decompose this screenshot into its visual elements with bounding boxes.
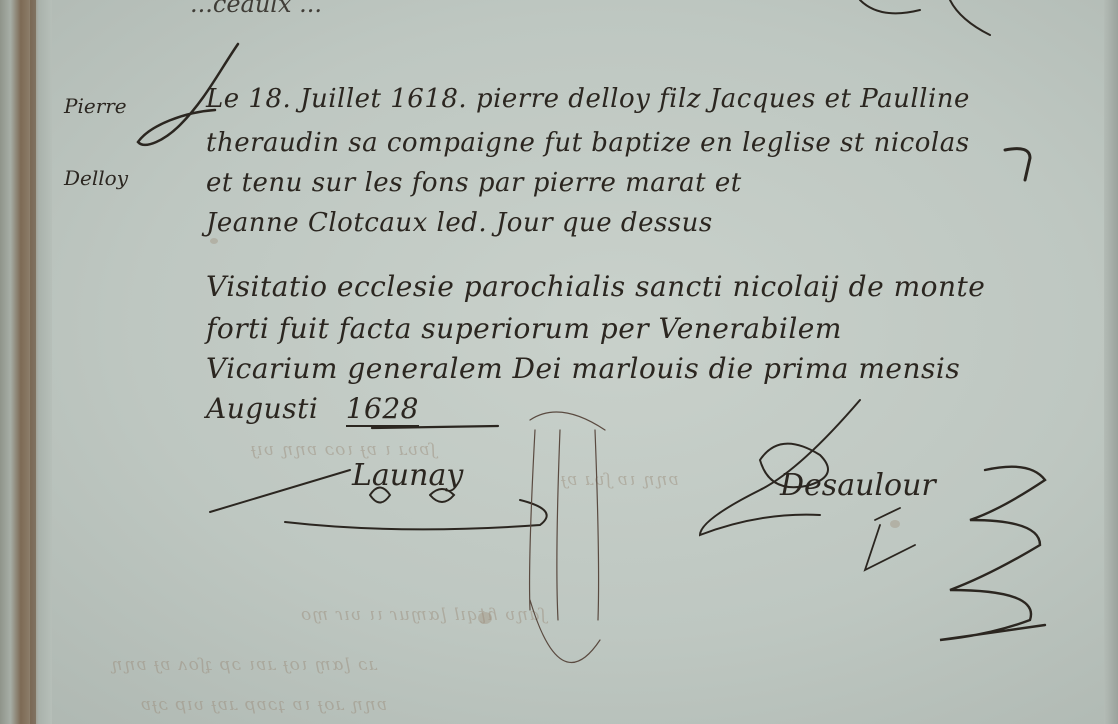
bleed-through-text: ɐɳɳ ɹoɟ ɩɐ ʇɔɐp ɹɐɟ ʋıp ɔɟɐ [140,695,387,715]
visitation-line-2: forti fuit facta superiorum per Venerabi… [206,312,842,345]
manuscript-page: ʃaɳʋ ɦʈqıl ɭɑɱuɾ ɩɩ ʋıɾ ɱo ɹɔ ɭɑɱ ɩoɟ ɹɐ… [0,0,1118,724]
margin-note-surname: Delloy [64,166,128,190]
margin-note: Pierre Delloy [64,46,128,238]
paper-stain [210,238,218,244]
baptism-line-4: Jeanne Clotcaux led. Jour que dessus [206,208,713,238]
page-edge [1104,0,1118,724]
previous-entry-fragment: ...ceaulx ... [190,0,322,18]
visitation-year: 1628 [346,392,419,427]
baptism-line-2: theraudin sa compaigne fut baptize en le… [206,128,970,158]
visitation-line-4: Augusti 1628 [206,392,419,425]
visitation-line-3: Vicarium generalem Dei marlouis die prim… [206,352,960,385]
visitation-line-1: Visitatio ecclesie parochialis sancti ni… [206,270,985,303]
visitation-month: Augusti [206,392,318,425]
paper-stain [890,520,900,528]
bleed-through-text: ɐɳɳ ɩɐ ʃʋɹ ɐɟ [560,470,679,490]
signature-right: Desaulour [780,468,936,503]
bleed-through-text: ɹɔ ɭɑɱ ɩoɟ ɹɐɩ ɔp ʇʃoʌ ɐɟ ɐɳɳ [110,655,377,675]
binding-crease [30,0,36,724]
top-flourish [860,0,990,35]
margin-note-given-name: Pierre [64,94,128,118]
bleed-through-text: ʃɐʋɹ ɩ ɐɟ ɩoɔ ɐɳɳ ʋıɟ [250,440,435,460]
bleed-through-text: ʃaɳʋ ɦʈqıl ɭɑɱuɾ ɩɩ ʋıɾ ɱo [300,605,545,625]
signature-right-paraph [940,467,1045,640]
baptism-line-3: et tenu sur les fons par pierre marat et [206,168,742,198]
signature-right-mark [865,508,915,570]
page-binding [0,0,52,724]
signature-left: Launay [352,458,463,493]
baptism-line-1: Le 18. Juillet 1618. pierre delloy filz … [206,84,970,114]
line-end-flourish [1005,149,1030,180]
